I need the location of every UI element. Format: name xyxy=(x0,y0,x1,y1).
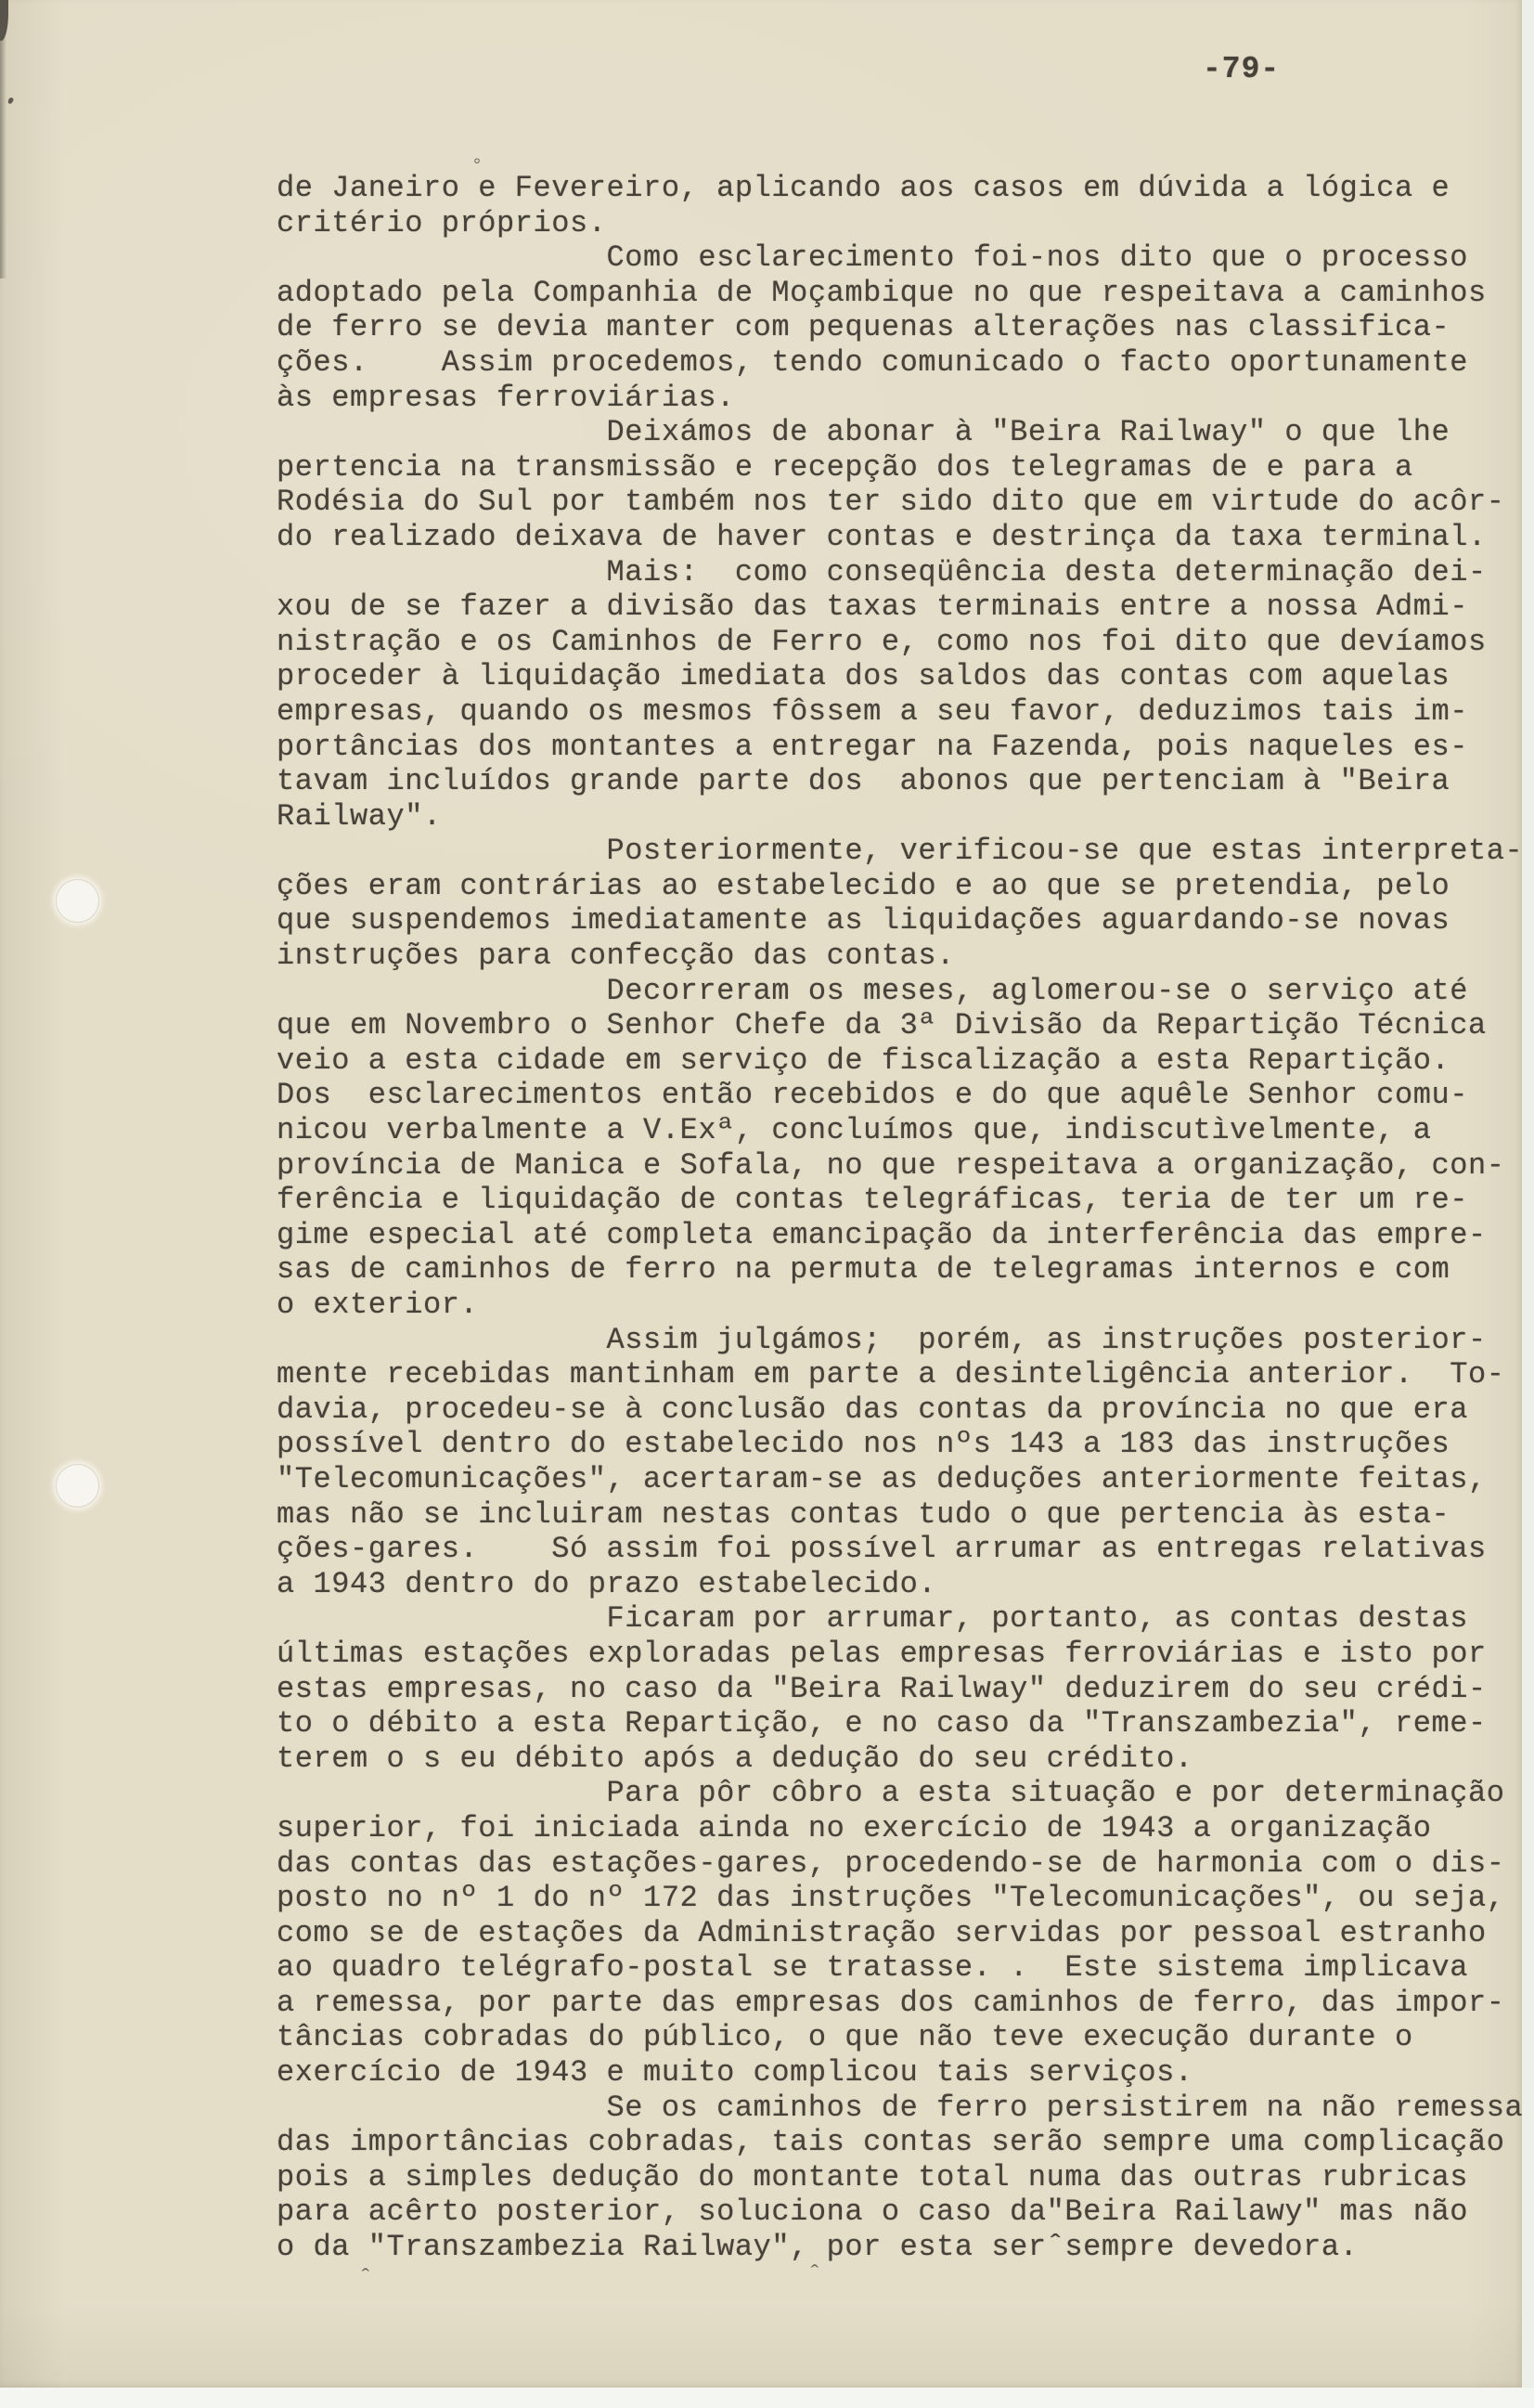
scan-background: -79- de Janeiro e Fevereiro, aplicando a… xyxy=(0,0,1534,2408)
text-line: que em Novembro o Senhor Chefe da 3ª Div… xyxy=(277,1008,1522,1043)
text-line: critério próprios. xyxy=(277,206,1522,241)
text-line: proceder à liquidação imediata dos saldo… xyxy=(277,659,1522,694)
text-line: ções-gares. Só assim foi possível arruma… xyxy=(277,1532,1522,1567)
text-line: xou de se fazer a divisão das taxas term… xyxy=(277,589,1522,625)
text-line: posto no nº 1 do nº 172 das instruções "… xyxy=(277,1881,1522,1916)
text-line: ções. Assim procedemos, tendo comunicado… xyxy=(277,345,1522,381)
text-line: "Telecomunicações", acertaram-se as dedu… xyxy=(277,1462,1522,1497)
text-line: como se de estações da Administração ser… xyxy=(277,1916,1522,1951)
text-line: nistração e os Caminhos de Ferro e, como… xyxy=(277,625,1522,660)
text-line: veio a esta cidade em serviço de fiscali… xyxy=(277,1043,1522,1079)
text-line: do realizado deixava de haver contas e d… xyxy=(277,520,1522,555)
text-line: possível dentro do estabelecido nos nºs … xyxy=(277,1427,1522,1462)
scanner-bed-right-strip xyxy=(1522,0,1534,2408)
text-line: terem o s eu débito após a dedução do se… xyxy=(277,1741,1522,1777)
text-line: de ferro se devia manter com pequenas al… xyxy=(277,310,1522,345)
text-line: gime especial até completa emancipação d… xyxy=(277,1218,1522,1253)
text-line: Para pôr côbro a esta situação e por det… xyxy=(277,1776,1522,1811)
text-line: Mais: como conseqüência desta determinaç… xyxy=(277,555,1522,590)
text-line: Decorreram os meses, aglomerou-se o serv… xyxy=(277,974,1522,1009)
text-line: adoptado pela Companhia de Moçambique no… xyxy=(277,276,1522,311)
text-line: Ficaram por arrumar, portanto, as contas… xyxy=(277,1601,1522,1637)
text-line: sas de caminhos de ferro na permuta de t… xyxy=(277,1252,1522,1288)
stray-mark: ° xyxy=(471,156,483,177)
text-line: de Janeiro e Fevereiro, aplicando aos ca… xyxy=(277,171,1522,206)
text-line: província de Manica e Sofala, no que res… xyxy=(277,1148,1522,1184)
text-line: tâncias cobradas do público, o que não t… xyxy=(277,2020,1522,2055)
text-line: estas empresas, no caso da "Beira Railwa… xyxy=(277,1672,1522,1707)
text-line: Se os caminhos de ferro persistirem na n… xyxy=(277,2091,1522,2126)
text-line: instruções para confecção das contas. xyxy=(277,939,1522,974)
text-line: mas não se incluiram nestas contas tudo … xyxy=(277,1497,1522,1533)
text-line: Como esclarecimento foi-nos dito que o p… xyxy=(277,240,1522,276)
text-line: para acêrto posterior, soluciona o caso … xyxy=(277,2194,1522,2230)
text-line: das importâncias cobradas, tais contas s… xyxy=(277,2125,1522,2160)
stray-mark: ˆ xyxy=(807,2261,822,2289)
left-edge-shadow xyxy=(0,0,6,278)
text-line: nicou verbalmente a V.Exª, concluímos qu… xyxy=(277,1113,1522,1148)
text-line: superior, foi iniciada ainda no exercíci… xyxy=(277,1811,1522,1846)
text-line: tavam incluídos grande parte dos abonos … xyxy=(277,764,1522,799)
text-line: Railway". xyxy=(277,799,1522,835)
text-line: Dos esclarecimentos então recebidos e do… xyxy=(277,1078,1522,1113)
text-line: a 1943 dentro do prazo estabelecido. xyxy=(277,1567,1522,1602)
page-number: -79- xyxy=(1203,52,1280,86)
text-line: ao quadro telégrafo-postal se tratasse. … xyxy=(277,1950,1522,1986)
ink-speck xyxy=(7,97,14,104)
stray-mark: ˆ xyxy=(358,2265,373,2293)
text-line: ções eram contrárias ao estabelecido e a… xyxy=(277,869,1522,904)
document-page: -79- de Janeiro e Fevereiro, aplicando a… xyxy=(0,0,1522,2388)
text-line: Rodésia do Sul por também nos ter sido d… xyxy=(277,485,1522,520)
text-line: Posteriormente, verificou-se que estas i… xyxy=(277,834,1522,869)
body-text: de Janeiro e Fevereiro, aplicando aos ca… xyxy=(277,171,1522,2265)
text-line: ferência e liquidação de contas telegráf… xyxy=(277,1183,1522,1218)
text-line: a remessa, por parte das empresas dos ca… xyxy=(277,1986,1522,2021)
text-line: o da "Transzambezia Railway", por esta s… xyxy=(277,2230,1522,2265)
scanner-bed-bottom-strip xyxy=(0,2388,1534,2408)
text-line: Deixámos de abonar à "Beira Railway" o q… xyxy=(277,415,1522,450)
text-line: Assim julgámos; porém, as instruções pos… xyxy=(277,1323,1522,1358)
text-line: o exterior. xyxy=(277,1288,1522,1323)
text-line: to o débito a esta Repartição, e no caso… xyxy=(277,1706,1522,1741)
text-line: últimas estações exploradas pelas empres… xyxy=(277,1637,1522,1672)
text-line: exercício de 1943 e muito complicou tais… xyxy=(277,2055,1522,2091)
text-line: portâncias dos montantes a entregar na F… xyxy=(277,730,1522,765)
text-line: das contas das estações-gares, procedend… xyxy=(277,1846,1522,1882)
punch-hole xyxy=(56,879,99,923)
text-line: empresas, quando os mesmos fôssem a seu … xyxy=(277,694,1522,730)
text-line: pertencia na transmissão e recepção dos … xyxy=(277,450,1522,485)
text-line: mente recebidas mantinham em parte a des… xyxy=(277,1357,1522,1392)
punch-hole xyxy=(56,1464,99,1508)
text-line: que suspendemos imediatamente as liquida… xyxy=(277,903,1522,939)
text-line: davia, procedeu-se à conclusão das conta… xyxy=(277,1392,1522,1428)
text-line: às empresas ferroviárias. xyxy=(277,381,1522,416)
text-line: pois a simples dedução do montante total… xyxy=(277,2160,1522,2195)
corner-smudge xyxy=(0,0,8,41)
